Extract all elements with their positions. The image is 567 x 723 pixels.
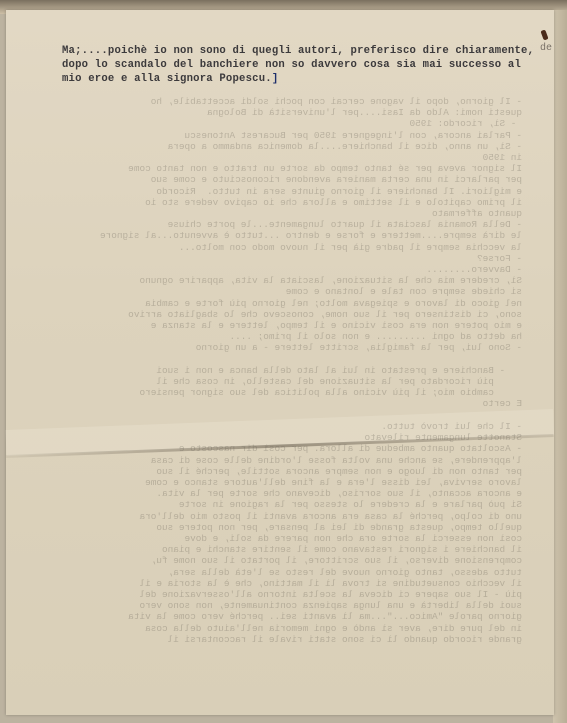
typed-line-3: mio eroe e alla signora Popescu.]	[62, 72, 532, 86]
show-through-text: - Il giorno, dopo il vagone cercai con p…	[62, 96, 522, 696]
handwritten-end-bracket: ]	[272, 73, 279, 85]
margin-annotation: de	[540, 43, 552, 54]
typed-paragraph: Ma;....poichè io non sono di quegli auto…	[62, 44, 532, 86]
typed-line-2: dopo lo scandalo del banchiere non so da…	[62, 58, 532, 72]
typed-line-3-text: mio eroe e alla signora Popescu.	[62, 73, 272, 85]
typed-line-1: Ma;....poichè io non sono di quegli auto…	[62, 44, 532, 58]
page-right-edge	[553, 10, 567, 723]
